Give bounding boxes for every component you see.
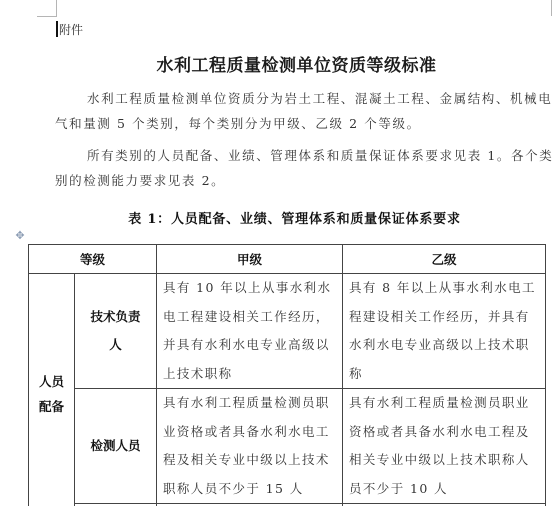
role-label: 检测人员	[79, 432, 152, 460]
role-cell: 检测人员	[75, 389, 157, 504]
header-class-b: 乙级	[343, 245, 546, 274]
class-a-cell: 具有水利工程质量检测员职业资格或者具备水利水电工程及相关专业中级以上技术职称人员…	[157, 389, 343, 504]
table-row: 人员配备 技术负责人 具有 10 年以上从事水利水电工程建设相关工作经历，并具有…	[29, 274, 546, 389]
attachment-label: 附件	[59, 21, 83, 38]
category-cell: 人员配备	[29, 274, 75, 506]
page-corner-mark-left	[37, 0, 57, 17]
table-move-handle-icon[interactable]: ✥	[14, 230, 26, 242]
table-row: 检测人员 具有水利工程质量检测员职业资格或者具备水利水电工程及相关专业中级以上技…	[29, 389, 546, 504]
header-class-a: 甲级	[157, 245, 343, 274]
paragraph-1-line-1: 水利工程质量检测单位资质分为岩土工程、混凝土工程、金属结构、机械电	[87, 89, 552, 107]
paragraph-1-line-2: 气和量测 5 个类别，每个类别分为甲级、乙级 2 个等级。	[55, 114, 421, 132]
class-b-cell: 具有 8 年以上从事水利水电工程建设相关工作经历，并具有水利水电专业高级以上技术…	[343, 274, 546, 389]
document-title: 水利工程质量检测单位资质等级标准	[0, 51, 553, 76]
paragraph-2-line-1: 所有类别的人员配备、业绩、管理体系和质量保证体系要求见表 1。各个类	[87, 146, 553, 164]
text-cursor	[56, 21, 58, 37]
paragraph-2-line-2: 别的检测能力要求见表 2。	[55, 171, 225, 189]
page-corner-mark-right	[551, 0, 552, 16]
requirements-table: 等级 甲级 乙级 人员配备 技术负责人 具有 10 年以上从事水利水电工程建设相…	[28, 244, 546, 506]
role-cell: 技术负责人	[75, 274, 157, 389]
class-a-cell: 具有 10 年以上从事水利水电工程建设相关工作经历，并具有水利水电专业高级以上技…	[157, 274, 343, 389]
table-header-row: 等级 甲级 乙级	[29, 245, 546, 274]
role-label: 技术负责人	[86, 303, 146, 359]
table-caption: 表 1：人员配备、业绩、管理体系和质量保证体系要求	[0, 208, 553, 227]
category-label: 人员配备	[39, 369, 65, 419]
header-grade: 等级	[29, 245, 157, 274]
class-b-cell: 具有水利工程质量检测员职业资格或者具备水利水电工程及相关专业中级以上技术职称人员…	[343, 389, 546, 504]
